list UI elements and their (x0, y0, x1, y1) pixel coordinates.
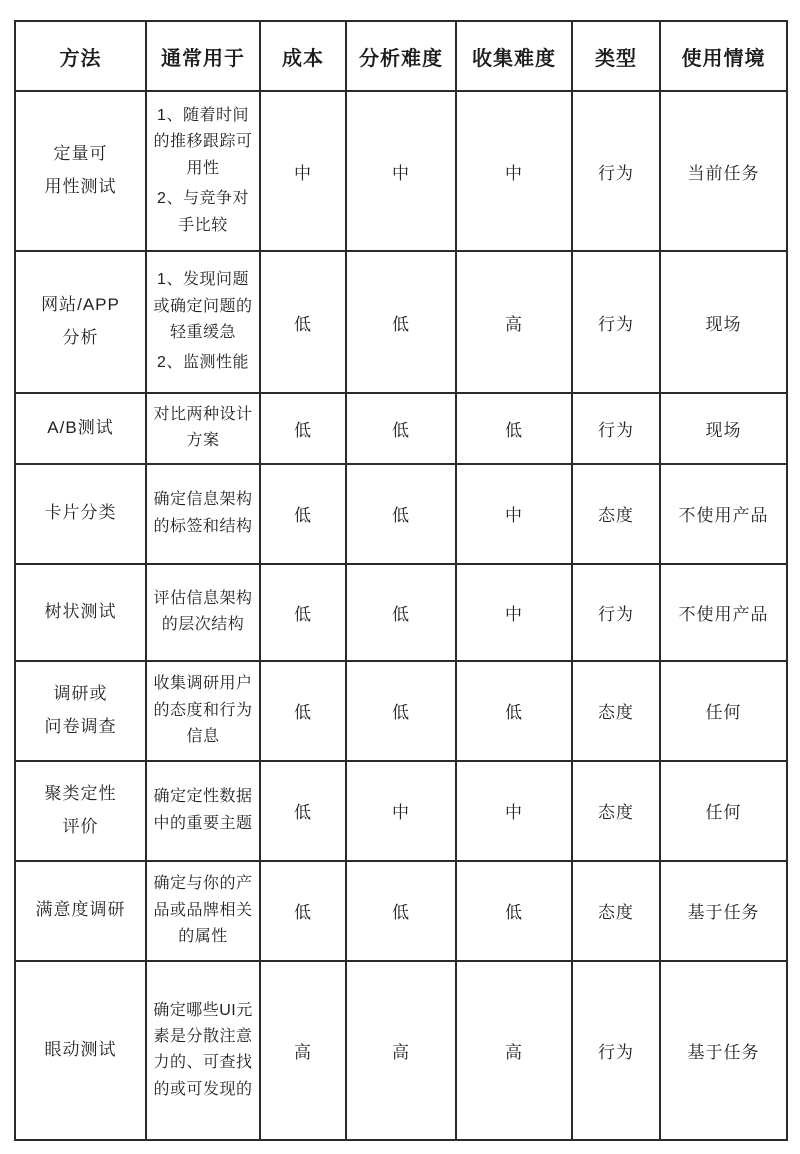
usage-paragraph: 对比两种设计方案 (152, 402, 254, 455)
context-cell: 基于任务 (660, 961, 787, 1140)
header-row: 方法通常用于成本分析难度收集难度类型使用情境 (15, 21, 787, 91)
method-name-line: A/B测试 (21, 412, 140, 445)
cost-cell: 低 (260, 393, 346, 464)
usage-cell: 对比两种设计方案 (146, 393, 260, 464)
usage-paragraph: 确定与你的产品或品牌相关的属性 (152, 871, 254, 950)
method-name-line: 定量可 (21, 138, 140, 171)
type-cell: 行为 (572, 393, 660, 464)
cost-cell: 低 (260, 661, 346, 761)
method-name-line: 卡片分类 (21, 497, 140, 530)
table-row: 满意度调研确定与你的产品或品牌相关的属性低低低态度基于任务 (15, 861, 787, 961)
usage-paragraph: 确定信息架构的标签和结构 (152, 487, 254, 540)
table-row: 网站/APP分析1、发现问题或确定问题的轻重缓急2、监测性能低低高行为现场 (15, 251, 787, 393)
usage-cell: 确定哪些UI元素是分散注意力的、可查找的或可发现的 (146, 961, 260, 1140)
cost-cell: 高 (260, 961, 346, 1140)
type-cell: 行为 (572, 564, 660, 661)
table-row: A/B测试对比两种设计方案低低低行为现场 (15, 393, 787, 464)
type-cell: 态度 (572, 761, 660, 861)
context-cell: 基于任务 (660, 861, 787, 961)
method-name-line: 评价 (21, 811, 140, 844)
analysis-difficulty-cell: 低 (346, 464, 456, 564)
method-name-line: 问卷调查 (21, 711, 140, 744)
cost-cell: 低 (260, 761, 346, 861)
cost-cell: 中 (260, 91, 346, 251)
type-cell: 态度 (572, 861, 660, 961)
type-cell: 行为 (572, 961, 660, 1140)
type-cell: 态度 (572, 661, 660, 761)
usage-cell: 确定定性数据中的重要主题 (146, 761, 260, 861)
method-cell: 满意度调研 (15, 861, 146, 961)
analysis-difficulty-cell: 低 (346, 861, 456, 961)
context-cell: 任何 (660, 761, 787, 861)
usage-paragraph: 确定哪些UI元素是分散注意力的、可查找的或可发现的 (152, 998, 254, 1104)
method-name-line: 聚类定性 (21, 778, 140, 811)
method-name-line: 树状测试 (21, 596, 140, 629)
context-cell: 不使用产品 (660, 464, 787, 564)
table-row: 卡片分类确定信息架构的标签和结构低低中态度不使用产品 (15, 464, 787, 564)
table-body: 定量可用性测试1、随着时间的推移跟踪可用性2、与竞争对手比较中中中行为当前任务网… (15, 91, 787, 1140)
usage-paragraph: 2、监测性能 (152, 350, 254, 376)
usage-cell: 1、发现问题或确定问题的轻重缓急2、监测性能 (146, 251, 260, 393)
method-name-line: 眼动测试 (21, 1034, 140, 1067)
usage-cell: 收集调研用户的态度和行为信息 (146, 661, 260, 761)
analysis-difficulty-cell: 中 (346, 91, 456, 251)
usage-paragraph: 1、发现问题或确定问题的轻重缓急 (152, 267, 254, 346)
usage-paragraph: 评估信息架构的层次结构 (152, 586, 254, 639)
table-row: 眼动测试确定哪些UI元素是分散注意力的、可查找的或可发现的高高高行为基于任务 (15, 961, 787, 1140)
method-cell: A/B测试 (15, 393, 146, 464)
collection-difficulty-cell: 低 (456, 861, 572, 961)
collection-difficulty-cell: 中 (456, 761, 572, 861)
method-cell: 眼动测试 (15, 961, 146, 1140)
column-header-cost: 成本 (260, 21, 346, 91)
cost-cell: 低 (260, 464, 346, 564)
context-cell: 任何 (660, 661, 787, 761)
analysis-difficulty-cell: 低 (346, 393, 456, 464)
method-cell: 调研或问卷调查 (15, 661, 146, 761)
analysis-difficulty-cell: 低 (346, 251, 456, 393)
collection-difficulty-cell: 低 (456, 661, 572, 761)
method-cell: 卡片分类 (15, 464, 146, 564)
method-name-line: 满意度调研 (21, 894, 140, 927)
collection-difficulty-cell: 中 (456, 464, 572, 564)
method-cell: 网站/APP分析 (15, 251, 146, 393)
cost-cell: 低 (260, 564, 346, 661)
type-cell: 行为 (572, 91, 660, 251)
usage-cell: 确定与你的产品或品牌相关的属性 (146, 861, 260, 961)
table-row: 聚类定性评价确定定性数据中的重要主题低中中态度任何 (15, 761, 787, 861)
collection-difficulty-cell: 低 (456, 393, 572, 464)
methods-comparison-table: 方法通常用于成本分析难度收集难度类型使用情境 定量可用性测试1、随着时间的推移跟… (14, 20, 788, 1141)
usage-paragraph: 收集调研用户的态度和行为信息 (152, 671, 254, 750)
method-cell: 树状测试 (15, 564, 146, 661)
usage-cell: 确定信息架构的标签和结构 (146, 464, 260, 564)
method-name-line: 调研或 (21, 678, 140, 711)
collection-difficulty-cell: 高 (456, 961, 572, 1140)
analysis-difficulty-cell: 中 (346, 761, 456, 861)
table-row: 调研或问卷调查收集调研用户的态度和行为信息低低低态度任何 (15, 661, 787, 761)
column-header-usage: 通常用于 (146, 21, 260, 91)
method-name-line: 分析 (21, 322, 140, 355)
analysis-difficulty-cell: 低 (346, 661, 456, 761)
type-cell: 态度 (572, 464, 660, 564)
column-header-analysis-difficulty: 分析难度 (346, 21, 456, 91)
context-cell: 不使用产品 (660, 564, 787, 661)
collection-difficulty-cell: 中 (456, 564, 572, 661)
usage-cell: 评估信息架构的层次结构 (146, 564, 260, 661)
usage-paragraph: 2、与竞争对手比较 (152, 186, 254, 239)
context-cell: 现场 (660, 393, 787, 464)
column-header-type: 类型 (572, 21, 660, 91)
method-cell: 聚类定性评价 (15, 761, 146, 861)
column-header-method: 方法 (15, 21, 146, 91)
usage-cell: 1、随着时间的推移跟踪可用性2、与竞争对手比较 (146, 91, 260, 251)
context-cell: 当前任务 (660, 91, 787, 251)
table-row: 树状测试评估信息架构的层次结构低低中行为不使用产品 (15, 564, 787, 661)
cost-cell: 低 (260, 251, 346, 393)
collection-difficulty-cell: 中 (456, 91, 572, 251)
type-cell: 行为 (572, 251, 660, 393)
method-cell: 定量可用性测试 (15, 91, 146, 251)
usage-paragraph: 确定定性数据中的重要主题 (152, 784, 254, 837)
method-name-line: 网站/APP (21, 289, 140, 322)
column-header-context: 使用情境 (660, 21, 787, 91)
method-name-line: 用性测试 (21, 171, 140, 204)
context-cell: 现场 (660, 251, 787, 393)
methods-comparison-table-container: 方法通常用于成本分析难度收集难度类型使用情境 定量可用性测试1、随着时间的推移跟… (14, 20, 786, 1141)
usage-paragraph: 1、随着时间的推移跟踪可用性 (152, 103, 254, 182)
table-row: 定量可用性测试1、随着时间的推移跟踪可用性2、与竞争对手比较中中中行为当前任务 (15, 91, 787, 251)
column-header-collection-difficulty: 收集难度 (456, 21, 572, 91)
collection-difficulty-cell: 高 (456, 251, 572, 393)
analysis-difficulty-cell: 高 (346, 961, 456, 1140)
cost-cell: 低 (260, 861, 346, 961)
analysis-difficulty-cell: 低 (346, 564, 456, 661)
